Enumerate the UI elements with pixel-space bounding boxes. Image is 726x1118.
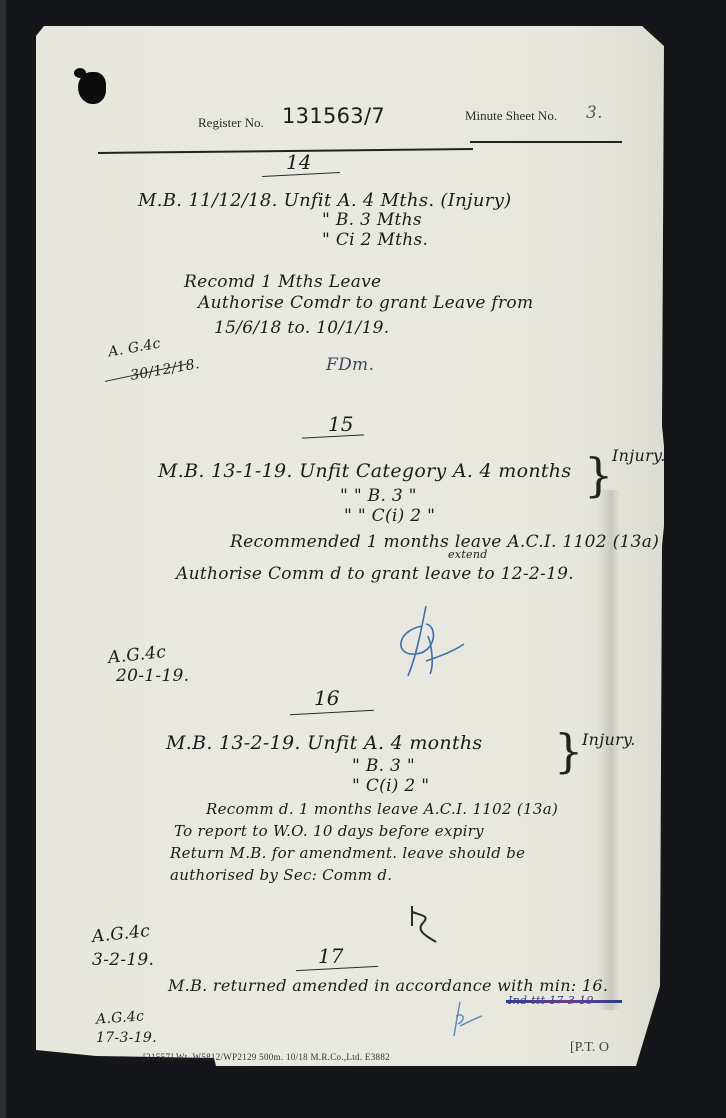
minute-line: " C(i) 2 ": [352, 776, 429, 796]
minute-number: 17: [318, 944, 343, 968]
minute-line: " " B. 3 ": [340, 486, 417, 506]
minute-line: M.B. returned amended in accordance with…: [168, 976, 608, 995]
inserted-word: extend: [448, 548, 488, 561]
minute-number: 15: [328, 412, 353, 436]
bracket-symbol: }: [554, 728, 583, 774]
minute-body-line: Recommended 1 months leave A.C.I. 1102 (…: [230, 532, 659, 552]
strike-through-mark: [506, 1000, 622, 1003]
minute-body-line: Authorise Comdr to grant Leave from: [198, 293, 533, 313]
margin-note: 17-3-19.: [96, 1030, 157, 1046]
signature-initials: [404, 902, 444, 957]
minute-body-line: 15/6/18 to. 10/1/19.: [214, 318, 389, 338]
minute-body-line: Authorise Comm d to grant leave to 12-2-…: [176, 564, 574, 584]
minute-line: " Ci 2 Mths.: [322, 230, 428, 250]
margin-note: 20-1-19.: [116, 666, 189, 686]
scanner-edge: [0, 0, 6, 1118]
signature-initials: [386, 596, 466, 691]
punch-hole: [78, 72, 106, 104]
minute-body-line: Recomd 1 Mths Leave: [184, 272, 381, 292]
minute-number: 16: [314, 686, 339, 710]
minute-line: M.B. 13-1-19. Unfit Category A. 4 months: [158, 460, 571, 482]
margin-note: A.G.4c: [96, 1008, 145, 1027]
minute-line: " B. 3 Mths: [322, 210, 422, 230]
signature-initials: [446, 1000, 486, 1045]
minute-body-line: Recomm d. 1 months leave A.C.I. 1102 (13…: [206, 800, 558, 818]
initials: FDm.: [326, 355, 374, 375]
minute-body-line: To report to W.O. 10 days before expiry: [174, 822, 484, 840]
brace-note: Injury.: [612, 446, 666, 465]
header-rule-right: [470, 141, 622, 143]
bracket-symbol: }: [584, 452, 613, 498]
minute-sheet-value: 3.: [586, 103, 603, 123]
printer-imprint: [21557] Wt. W5812/WP2129 500m. 10/18 M.R…: [143, 1052, 390, 1062]
please-turn-over: [P.T. O: [570, 1040, 609, 1056]
minute-line: M.B. 13-2-19. Unfit A. 4 months: [166, 732, 482, 754]
minute-sheet-label: Minute Sheet No.: [465, 108, 557, 124]
minute-line: " " C(i) 2 ": [344, 506, 435, 526]
minute-body-line: Return M.B. for amendment. leave should …: [170, 844, 525, 862]
minute-number: 14: [286, 150, 311, 174]
minute-line: " B. 3 ": [352, 756, 415, 776]
register-value: 131563/7: [282, 104, 385, 128]
paper-fold-shadow: [598, 490, 620, 1010]
brace-note: Injury.: [582, 730, 636, 749]
margin-note: 3-2-19.: [92, 950, 154, 970]
minute-line: M.B. 11/12/18. Unfit A. 4 Mths. (Injury): [138, 190, 512, 211]
minute-body-line: authorised by Sec: Comm d.: [170, 866, 392, 884]
register-label: Register No.: [198, 115, 264, 131]
